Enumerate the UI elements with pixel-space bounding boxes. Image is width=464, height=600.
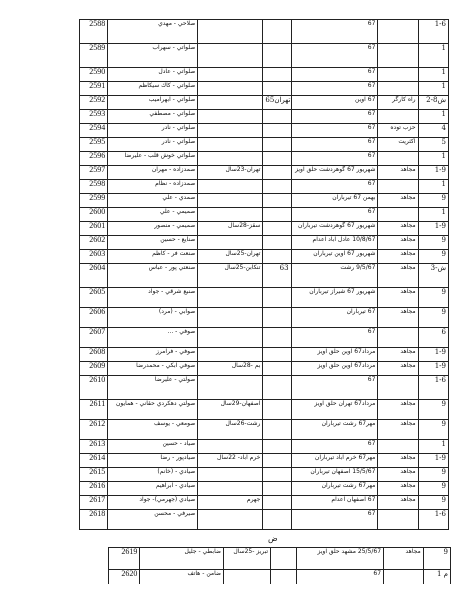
cell-birth xyxy=(198,180,263,194)
cell-num xyxy=(263,496,291,510)
cell-aff: مجاهد xyxy=(378,482,418,496)
cell-birth xyxy=(198,152,263,166)
cell-num xyxy=(263,124,291,138)
cell-code: 4 xyxy=(418,124,448,138)
cell-id: 2615 xyxy=(80,468,108,482)
cell-id: 2598 xyxy=(80,180,108,194)
cell-num xyxy=(263,308,291,328)
cell-aff xyxy=(378,82,418,96)
cell-birth: بم -28سال xyxy=(198,362,263,376)
cell-birth: تبريز -25سال xyxy=(224,548,271,570)
cell-aff: مجاهد xyxy=(378,420,418,440)
cell-exec: شهريور 67 اوين تيرباران xyxy=(291,250,378,264)
cell-name: صمدزاده - مهران xyxy=(108,166,198,180)
table-row: 2616صيادي - ابراهيممهر67 رشت تيربارانمجا… xyxy=(80,482,449,496)
cell-exec: 9/5/67 رشت xyxy=(291,264,378,288)
cell-aff xyxy=(384,570,424,584)
cell-birth xyxy=(198,308,263,328)
table-row: 2608صوفي - فرامرزمرداد67 اوين حلق آويزمج… xyxy=(80,348,449,362)
cell-birth xyxy=(198,96,263,110)
cell-num xyxy=(263,362,291,376)
cell-aff: مجاهد xyxy=(378,236,418,250)
cell-aff xyxy=(378,20,418,44)
table-row: 2594صلواتي - نادر67حزب توده4 xyxy=(80,124,449,138)
cell-code: 1-9 xyxy=(418,362,448,376)
cell-exec: 67 xyxy=(291,510,378,530)
table-row: 2613صياد - حسين671 xyxy=(80,440,449,454)
cell-aff: مجاهد xyxy=(378,308,418,328)
cell-birth xyxy=(198,288,263,308)
cell-aff xyxy=(378,440,418,454)
cell-code: 1 xyxy=(418,180,448,194)
cell-name: صلواتي - كاك سيكاظم xyxy=(108,82,198,96)
cell-birth xyxy=(198,68,263,82)
cell-aff: مجاهد xyxy=(378,250,418,264)
cell-code: 6 xyxy=(418,328,448,348)
cell-id: 2609 xyxy=(80,362,108,376)
cell-num xyxy=(263,236,291,250)
cell-id: 2601 xyxy=(80,222,108,236)
cell-name: صيادي (جهرمي)- جواد xyxy=(108,496,198,510)
table-row: 2589صلواتي - سهراب671 xyxy=(80,44,449,68)
cell-code: 9 xyxy=(418,420,448,440)
cell-num xyxy=(263,20,291,44)
cell-aff: مجاهد xyxy=(378,166,418,180)
cell-exec: 67 اوين xyxy=(291,96,378,110)
cell-exec: 67 xyxy=(291,20,378,44)
cell-exec: مرداد67 تهران حلق آويز xyxy=(291,400,378,420)
cell-code: 9 xyxy=(418,250,448,264)
cell-id: 2620 xyxy=(109,570,140,584)
cell-id: 2592 xyxy=(80,96,108,110)
cell-aff xyxy=(378,152,418,166)
cell-name: صياد - حسين xyxy=(108,440,198,454)
cell-name: صوفي - ... xyxy=(108,328,198,348)
cell-birth: تنكابن-25سال xyxy=(198,264,263,288)
cell-id: 2600 xyxy=(80,208,108,222)
cell-exec: 67 xyxy=(291,180,378,194)
cell-birth: رشت-26سال xyxy=(198,420,263,440)
table-row: 2614صيادپور - رضاخرم آباد- 22سالمهر67 خر… xyxy=(80,454,449,468)
table-row: 2609صوفي آبكي - محمدرضابم -28سالمرداد67 … xyxy=(80,362,449,376)
cell-num xyxy=(271,570,297,584)
cell-code: 2-ش8 xyxy=(418,96,448,110)
cell-code: 1 xyxy=(418,110,448,124)
table-row: 2620ضامن - هاتف671 م xyxy=(109,570,451,584)
cell-exec: 67 تيرباران xyxy=(291,308,378,328)
records-table: 2588صلاحي - مهدي671-62589صلواتي - سهراب6… xyxy=(79,19,449,530)
cell-aff: مجاهد xyxy=(384,548,424,570)
cell-aff xyxy=(378,376,418,400)
cell-exec: شهريور 67 گوهردشت تيرباران xyxy=(291,222,378,236)
cell-aff: مجاهد xyxy=(378,288,418,308)
cell-aff: مجاهد xyxy=(378,362,418,376)
cell-code: 1-9 xyxy=(418,166,448,180)
cell-id: 2596 xyxy=(80,152,108,166)
cell-name: صوابي - (مرد) xyxy=(108,308,198,328)
cell-exec: 67 xyxy=(291,82,378,96)
cell-id: 2616 xyxy=(80,482,108,496)
cell-exec: 10/8/67 عادل آباد اعدام xyxy=(291,236,378,250)
table-row: 2607صوفي - ...676 xyxy=(80,328,449,348)
cell-num xyxy=(263,208,291,222)
cell-aff: مجاهد xyxy=(378,454,418,468)
cell-num xyxy=(263,376,291,400)
cell-exec: 67 xyxy=(291,110,378,124)
cell-code: 9 xyxy=(418,288,448,308)
cell-birth xyxy=(198,124,263,138)
cell-id: 2595 xyxy=(80,138,108,152)
cell-code: 1-6 xyxy=(418,20,448,44)
cell-id: 2619 xyxy=(109,548,140,570)
cell-exec: 67 xyxy=(291,208,378,222)
cell-name: صيادي - ابراهيم xyxy=(108,482,198,496)
cell-name: صنيع شرقي - جواد xyxy=(108,288,198,308)
cell-code: 9 xyxy=(418,468,448,482)
cell-name: صلواتي - ابهراميب xyxy=(108,96,198,110)
cell-birth xyxy=(198,482,263,496)
table-row: 2604صنعتي پور - عباستنكابن-25سال639/5/67… xyxy=(80,264,449,288)
cell-aff xyxy=(378,180,418,194)
cell-exec: 67 xyxy=(291,328,378,348)
cell-birth xyxy=(198,440,263,454)
cell-name: صنايع - حسين xyxy=(108,236,198,250)
cell-num xyxy=(263,152,291,166)
cell-birth: تهران-23سال xyxy=(198,166,263,180)
cell-aff xyxy=(378,68,418,82)
table-row: 2591صلواتي - كاك سيكاظم671 xyxy=(80,82,449,96)
cell-code: 1-6 xyxy=(418,376,448,400)
cell-aff: مجاهد xyxy=(378,222,418,236)
cell-num xyxy=(263,138,291,152)
cell-name: صلواتي - مصطفي xyxy=(108,110,198,124)
cell-name: صيادپور - رضا xyxy=(108,454,198,468)
cell-code: 9 xyxy=(418,194,448,208)
cell-aff: حزب توده xyxy=(378,124,418,138)
table-row: 2595صلواتي - نادر67اكثريت5 xyxy=(80,138,449,152)
cell-exec: 67 xyxy=(291,152,378,166)
cell-code: 9 xyxy=(418,400,448,420)
cell-code: 1-9 xyxy=(418,222,448,236)
cell-name: صولتي دهكردي حقاني - همايون xyxy=(108,400,198,420)
cell-birth: اصفهان-29سال xyxy=(198,400,263,420)
cell-num xyxy=(263,468,291,482)
cell-name: صيادي - (خانم) xyxy=(108,468,198,482)
table-row: 2619ضابطي - جليلتبريز -25سال25/5/67 مشهد… xyxy=(109,548,451,570)
cell-code: 1 xyxy=(418,440,448,454)
cell-aff: مجاهد xyxy=(378,468,418,482)
cell-id: 2604 xyxy=(80,264,108,288)
cell-exec: 67 xyxy=(291,44,378,68)
cell-birth: خرم آباد- 22سال xyxy=(198,454,263,468)
table-row: 2602صنايع - حسين10/8/67 عادل آباد اعدامم… xyxy=(80,236,449,250)
cell-aff: مجاهد xyxy=(378,400,418,420)
cell-birth xyxy=(198,468,263,482)
table-row: 2605صنيع شرقي - جوادشهريور 67 شيراز تيرب… xyxy=(80,288,449,308)
cell-name: صنعت فر - كاظم xyxy=(108,250,198,264)
cell-code: 9 xyxy=(418,482,448,496)
cell-code: 9 xyxy=(418,308,448,328)
cell-birth xyxy=(198,138,263,152)
cell-id: 2614 xyxy=(80,454,108,468)
cell-birth xyxy=(198,82,263,96)
section-letter: ض xyxy=(268,534,278,543)
table-row: 2600صميمي - علي671 xyxy=(80,208,449,222)
cell-id: 2603 xyxy=(80,250,108,264)
cell-num xyxy=(263,44,291,68)
cell-birth xyxy=(198,328,263,348)
cell-code: 1-6 xyxy=(418,510,448,530)
cell-exec: 67 اصفهان اعدام xyxy=(291,496,378,510)
cell-id: 2610 xyxy=(80,376,108,400)
cell-num xyxy=(263,82,291,96)
cell-exec: مهر67 رشت تيرباران xyxy=(291,482,378,496)
cell-aff: اكثريت xyxy=(378,138,418,152)
cell-code: 1 xyxy=(418,68,448,82)
cell-birth xyxy=(198,510,263,530)
cell-aff: مجاهد xyxy=(378,194,418,208)
cell-code: 1-9 xyxy=(418,454,448,468)
cell-id: 2617 xyxy=(80,496,108,510)
table-row: 2599صمدي - عليبهمن 67 تيربارانمجاهد9 xyxy=(80,194,449,208)
cell-birth xyxy=(224,570,271,584)
records-table-section-zad: 2619ضابطي - جليلتبريز -25سال25/5/67 مشهد… xyxy=(108,547,451,584)
table-row: 2610صولتي - عليرضا671-6 xyxy=(80,376,449,400)
cell-id: 2607 xyxy=(80,328,108,348)
cell-code: 9 xyxy=(418,236,448,250)
cell-num xyxy=(263,110,291,124)
cell-code: 1 xyxy=(418,208,448,222)
cell-name: صلواتي خوش قلب - عليرضا xyxy=(108,152,198,166)
cell-name: صلواتي - نادر xyxy=(108,124,198,138)
cell-num xyxy=(263,420,291,440)
cell-aff: مجاهد xyxy=(378,264,418,288)
cell-num xyxy=(263,482,291,496)
cell-name: صميمي - علي xyxy=(108,208,198,222)
cell-name: ضامن - هاتف xyxy=(140,570,224,584)
cell-code: 1 م xyxy=(423,570,450,584)
cell-birth xyxy=(198,236,263,250)
cell-num xyxy=(263,166,291,180)
cell-exec: 67 xyxy=(297,570,384,584)
cell-exec: 67 xyxy=(291,440,378,454)
cell-birth xyxy=(198,194,263,208)
cell-birth xyxy=(198,208,263,222)
cell-code: 1-9 xyxy=(418,348,448,362)
cell-num xyxy=(263,328,291,348)
cell-birth xyxy=(198,348,263,362)
cell-exec: شهريور 67 گوهردشت حلق آويز xyxy=(291,166,378,180)
cell-name: صنعتي پور - عباس xyxy=(108,264,198,288)
cell-aff: مجاهد xyxy=(378,348,418,362)
cell-id: 2611 xyxy=(80,400,108,420)
cell-num xyxy=(263,400,291,420)
cell-id: 2605 xyxy=(80,288,108,308)
cell-name: صميمي - منصور xyxy=(108,222,198,236)
cell-exec: شهريور 67 شيراز تيرباران xyxy=(291,288,378,308)
cell-exec: 67 xyxy=(291,376,378,400)
table-row: 2588صلاحي - مهدي671-6 xyxy=(80,20,449,44)
cell-name: صلواتي - سهراب xyxy=(108,44,198,68)
cell-num xyxy=(263,454,291,468)
table-row: 2612صومعي - يوسفرشت-26سالمهر67 رشت تيربا… xyxy=(80,420,449,440)
cell-exec: مرداد67 اوين حلق آويز xyxy=(291,362,378,376)
table-row: 2590صلواتي - عادل671 xyxy=(80,68,449,82)
cell-birth xyxy=(198,376,263,400)
cell-name: صلاحي - مهدي xyxy=(108,20,198,44)
cell-id: 2590 xyxy=(80,68,108,82)
cell-name: صوفي آبكي - محمدرضا xyxy=(108,362,198,376)
cell-exec: 15/5/67 اصفهان تيرباران xyxy=(291,468,378,482)
cell-exec: 25/5/67 مشهد حلق آويز xyxy=(297,548,384,570)
cell-name: صمدي - علي xyxy=(108,194,198,208)
cell-code: 3-ش xyxy=(418,264,448,288)
cell-id: 2612 xyxy=(80,420,108,440)
cell-code: 9 xyxy=(418,496,448,510)
cell-name: صلواتي - نادر xyxy=(108,138,198,152)
cell-id: 2599 xyxy=(80,194,108,208)
cell-id: 2594 xyxy=(80,124,108,138)
cell-name: صلواتي - عادل xyxy=(108,68,198,82)
cell-aff xyxy=(378,208,418,222)
table-row: 2597صمدزاده - مهرانتهران-23سالشهريور 67 … xyxy=(80,166,449,180)
cell-id: 2608 xyxy=(80,348,108,362)
cell-num xyxy=(263,440,291,454)
cell-num: 63 xyxy=(263,264,291,288)
cell-birth: جهرم xyxy=(198,496,263,510)
table-row: 2592صلواتي - ابهراميبتهران6567 اوينراه ك… xyxy=(80,96,449,110)
cell-exec: 67 xyxy=(291,68,378,82)
cell-exec: مهر67 خرم آباد تيرباران xyxy=(291,454,378,468)
cell-code: 1 xyxy=(418,44,448,68)
cell-num xyxy=(263,222,291,236)
cell-num xyxy=(271,548,297,570)
cell-name: صمدزاده - نظام xyxy=(108,180,198,194)
table-row: 2606صوابي - (مرد)67 تيربارانمجاهد9 xyxy=(80,308,449,328)
table-row: 2618صيرفي - محسن671-6 xyxy=(80,510,449,530)
cell-id: 2591 xyxy=(80,82,108,96)
cell-code: 1 xyxy=(418,82,448,96)
cell-name: صوفي - فرامرز xyxy=(108,348,198,362)
cell-aff xyxy=(378,328,418,348)
cell-num xyxy=(263,510,291,530)
cell-aff xyxy=(378,110,418,124)
cell-exec: 67 xyxy=(291,124,378,138)
cell-num xyxy=(263,194,291,208)
table-row: 2615صيادي - (خانم)15/5/67 اصفهان تيربارا… xyxy=(80,468,449,482)
cell-num xyxy=(263,348,291,362)
cell-id: 2593 xyxy=(80,110,108,124)
cell-aff xyxy=(378,44,418,68)
table-row: 2601صميمي - منصورسقز-28سالشهريور 67 گوهر… xyxy=(80,222,449,236)
cell-id: 2589 xyxy=(80,44,108,68)
cell-name: صومعي - يوسف xyxy=(108,420,198,440)
table-row: 2603صنعت فر - كاظمتهران-25سالشهريور 67 ا… xyxy=(80,250,449,264)
table-row: 2598صمدزاده - نظام671 xyxy=(80,180,449,194)
cell-name: صولتي - عليرضا xyxy=(108,376,198,400)
table-row: 2596صلواتي خوش قلب - عليرضا671 xyxy=(80,152,449,166)
table-row: 2593صلواتي - مصطفي671 xyxy=(80,110,449,124)
cell-aff: راه كارگر xyxy=(378,96,418,110)
cell-code: 5 xyxy=(418,138,448,152)
cell-birth xyxy=(198,20,263,44)
table-row: 2617صيادي (جهرمي)- جوادجهرم67 اصفهان اعد… xyxy=(80,496,449,510)
cell-code: 9 xyxy=(423,548,450,570)
cell-name: ضابطي - جليل xyxy=(140,548,224,570)
cell-birth: سقز-28سال xyxy=(198,222,263,236)
cell-num xyxy=(263,250,291,264)
cell-num xyxy=(263,288,291,308)
cell-birth: تهران-25سال xyxy=(198,250,263,264)
cell-birth xyxy=(198,110,263,124)
cell-id: 2597 xyxy=(80,166,108,180)
cell-aff: مجاهد xyxy=(378,496,418,510)
cell-birth xyxy=(198,44,263,68)
cell-id: 2602 xyxy=(80,236,108,250)
cell-id: 2618 xyxy=(80,510,108,530)
cell-id: 2588 xyxy=(80,20,108,44)
cell-exec: بهمن 67 تيرباران xyxy=(291,194,378,208)
cell-id: 2613 xyxy=(80,440,108,454)
cell-num: تهران65 xyxy=(263,96,291,110)
cell-exec: 67 xyxy=(291,138,378,152)
cell-code: 1 xyxy=(418,152,448,166)
cell-exec: مهر67 رشت تيرباران xyxy=(291,420,378,440)
cell-exec: مرداد67 اوين حلق آويز xyxy=(291,348,378,362)
cell-num xyxy=(263,68,291,82)
cell-id: 2606 xyxy=(80,308,108,328)
table-row: 2611صولتي دهكردي حقاني - همايوناصفهان-29… xyxy=(80,400,449,420)
cell-aff xyxy=(378,510,418,530)
cell-name: صيرفي - محسن xyxy=(108,510,198,530)
cell-num xyxy=(263,180,291,194)
